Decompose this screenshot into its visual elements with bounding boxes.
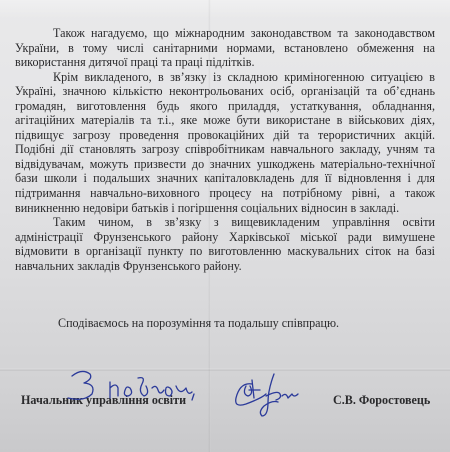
paper-highlight bbox=[0, 0, 450, 18]
handwritten-note-icon bbox=[60, 366, 200, 406]
paragraph-child-labor: Також нагадуємо, що міжнародним законода… bbox=[15, 26, 435, 70]
signatory-name: С.В. Форостовець bbox=[333, 393, 430, 408]
closing-line: Сподіваємось на порозуміння та подальшу … bbox=[58, 316, 339, 331]
signature-icon bbox=[232, 372, 302, 420]
letter-body: Також нагадуємо, що міжнародним законода… bbox=[15, 26, 435, 273]
paragraph-refusal: Таким чином, в зв’язку з вищевикладеним … bbox=[15, 215, 435, 273]
paragraph-security-threat: Крім викладеного, в зв’язку із складною … bbox=[15, 70, 435, 215]
